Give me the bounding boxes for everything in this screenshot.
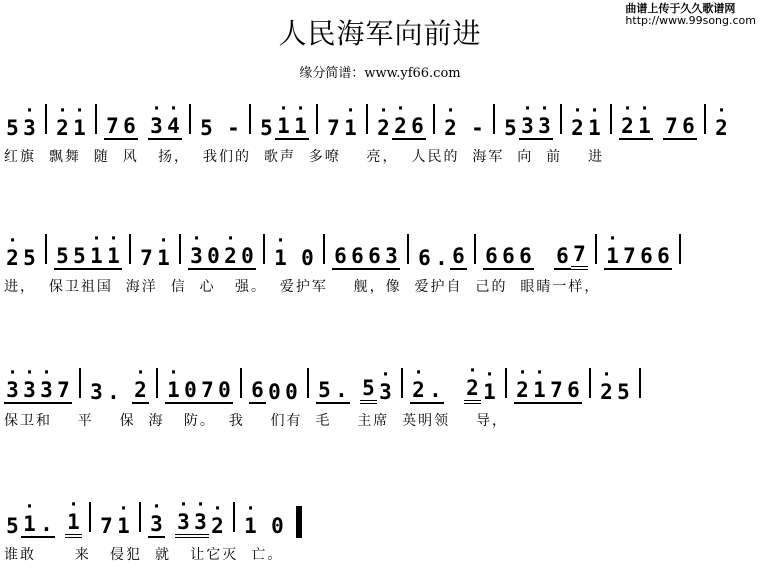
- lyrics-line-3: 保卫和 平 保 海 防。 我 们有 毛 主席 英明领 导，: [4, 410, 508, 430]
- notation-line-4: 51.1 71 3332 10: [4, 496, 302, 538]
- score-line-1: 53 21 7634 5- 511 71 226 2- 533 21 2176 …: [0, 98, 760, 178]
- lyrics-line-4: 谁敢 来 侵犯 就 让它灭 亡。: [4, 544, 283, 564]
- score-line-2: 25 5511 71 3020 10 6663 6.6 66667 1766 进…: [0, 228, 760, 308]
- watermark: 曲谱上传于久久歌谱网 http://www.99song.com: [625, 3, 756, 27]
- final-barline: [296, 506, 302, 538]
- notation-line-1: 53 21 7634 5- 511 71 226 2- 533 21 2176 …: [4, 98, 730, 140]
- lyrics-line-1: 红旗 飘舞 随 风 扬， 我们的 歌声 多嘹 亮， 人民的 海军 向 前 进: [4, 146, 604, 166]
- score-line-3: 3337 3.2 1070 600 5.53 2.21 2176 25 保卫和 …: [0, 362, 760, 442]
- notation-line-2: 25 5511 71 3020 10 6663 6.6 66667 1766: [4, 228, 688, 270]
- credit-line: 缘分简谱：www.yf66.com: [0, 62, 760, 81]
- lyrics-line-2: 进， 保卫祖国 海洋 信 心 强。 爱护军 舰，像 爱护自 己的 眼睛一样，: [4, 276, 600, 296]
- watermark-url: http://www.99song.com: [625, 15, 756, 27]
- notation-line-3: 3337 3.2 1070 600 5.53 2.21 2176 25: [4, 362, 648, 404]
- score-line-4: 51.1 71 3332 10 谁敢 来 侵犯 就 让它灭 亡。: [0, 496, 760, 574]
